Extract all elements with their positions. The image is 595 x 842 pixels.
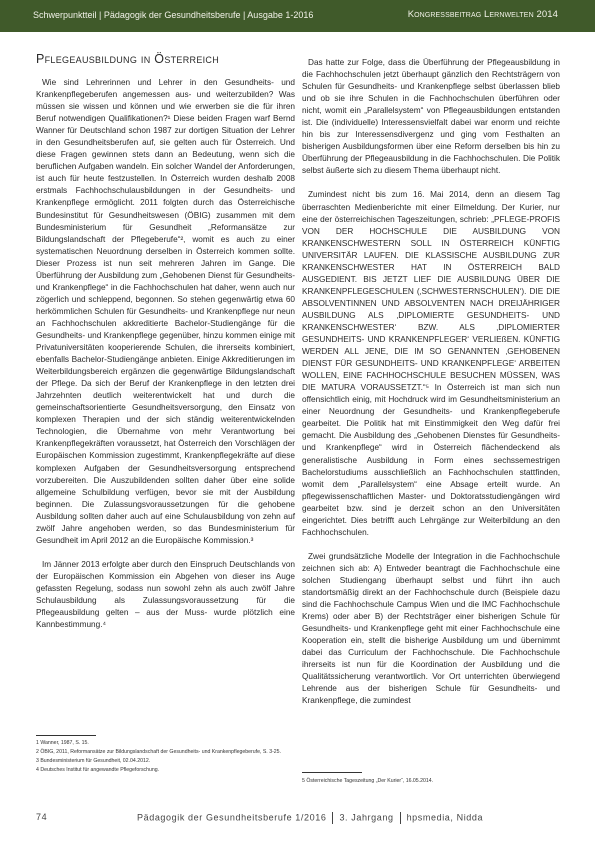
footer-journal: Pädagogik der Gesundheitsberufe 1/2016 [137,812,326,822]
footnote-divider [36,735,96,736]
footnote: 5 Österreichische Tageszeitung „Der Kuri… [302,778,557,785]
paragraph: Das hatte zur Folge, dass die Überführun… [302,57,560,177]
paragraph: Wie sind Lehrerinnen und Lehrer in den G… [36,77,295,547]
header-congress-label: Kongressbeitrag Lernwelten 2014 [408,9,558,20]
footnote: 4 Deutsches Institut für angewandte Pfle… [36,767,291,774]
text-column-left: Wie sind Lehrerinnen und Lehrer in den G… [36,77,295,643]
footer-meta: Pädagogik der Gesundheitsberufe 1/20163.… [137,812,483,824]
footer-volume: 3. Jahrgang [339,812,393,822]
header-section-label: Schwerpunktteil | Pädagogik der Gesundhe… [33,10,313,20]
running-header: Schwerpunktteil | Pädagogik der Gesundhe… [0,0,595,32]
footnote: 2 ÖBIG, 2011, Reformansätze zur Bildungs… [36,749,291,756]
footnote: 3 Bundesministerium für Gesundheit, 02.0… [36,758,291,765]
footnotes-right: 5 Österreichische Tageszeitung „Der Kuri… [302,778,557,785]
paragraph: Zwei grundsätzliche Modelle der Integrat… [302,551,560,708]
paragraph: Zumindest nicht bis zum 16. Mai 2014, de… [302,189,560,538]
page-number: 74 [36,812,47,822]
footnotes-left: 1 Wanner, 1987, S. 15. 2 ÖBIG, 2011, Ref… [36,740,291,774]
footer-publisher: hpsmedia, Nidda [407,812,484,822]
paragraph: Im Jänner 2013 erfolgte aber durch den E… [36,559,295,631]
footnote: 1 Wanner, 1987, S. 15. [36,740,291,747]
footnote-divider [302,772,362,773]
footer-separator [332,812,333,824]
footer-separator [400,812,401,824]
text-column-right: Das hatte zur Folge, dass die Überführun… [302,57,560,719]
article-title: Pflegeausbildung in Österreich [36,52,219,66]
